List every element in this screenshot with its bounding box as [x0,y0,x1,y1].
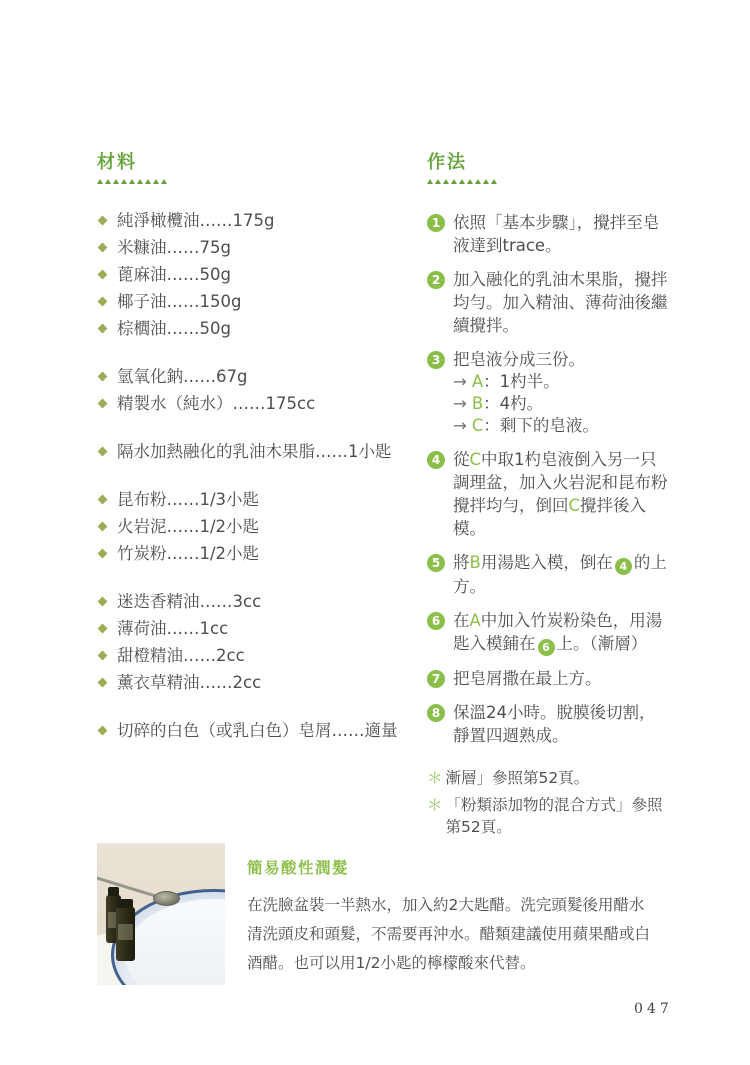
arrow-icon: → [453,416,467,435]
material-item-label: 迷迭香精油……3cc [117,592,261,612]
material-item-label: 甜橙精油……2cc [117,646,245,666]
tip-body: 在洗臉盆裝一半熱水，加入約2大匙醋。洗完頭髮後用醋水清洗頭皮和頭髮，不需要再沖水… [247,891,659,978]
arrow-icon: → [453,372,467,391]
diamond-bullet-icon [98,624,108,634]
footnote-powder-mixing: ＊ 「粉類添加物的混合方式」參照第52頁。 [427,794,669,838]
material-item: 純淨橄欖油……175g [97,211,419,231]
materials-group-powders: 昆布粉……1/3小匙 火岩泥……1/2小匙 竹炭粉……1/2小匙 [97,490,419,564]
diamond-bullet-icon [98,270,108,280]
diamond-bullet-icon [98,216,108,226]
portion-c-line: →C：剩下的皂液。 [453,415,669,437]
step-text: 保溫24小時。脫膜後切割，靜置四週熟成。 [453,701,669,747]
material-item-label: 氫氧化鈉……67g [117,367,247,387]
step-number-badge: 5 [427,554,445,572]
material-item: 昆布粉……1/3小匙 [97,490,419,510]
step-number-badge: 1 [427,214,445,232]
method-step-8: 8 保溫24小時。脫膜後切割，靜置四週熟成。 [427,701,669,747]
material-item-label: 昆布粉……1/3小匙 [117,490,259,510]
bottle-cap [108,887,119,896]
material-item-label: 米糠油……75g [117,238,231,258]
material-item: 米糠油……75g [97,238,419,258]
material-item-label: 薰衣草精油……2cc [117,673,261,693]
material-item-label: 椰子油……150g [117,292,241,312]
material-item-label: 棕櫚油……50g [117,319,231,339]
material-item-label: 火岩泥……1/2小匙 [117,517,259,537]
footnote-text: 「粉類添加物的混合方式」參照第52頁。 [446,794,669,838]
materials-group-soap-shreds: 切碎的白色（或乳白色）皂屑……適量 [97,721,419,741]
material-item-label: 純淨橄欖油……175g [117,211,274,231]
diamond-bullet-icon [98,495,108,505]
footnote-gradient: ＊ 漸層」參照第52頁。 [427,767,669,789]
material-item: 迷迭香精油……3cc [97,592,419,612]
material-item: 甜橙精油……2cc [97,646,419,666]
step-reference-badge: 6 [538,639,555,656]
diamond-bullet-icon [98,297,108,307]
materials-group-oils: 純淨橄欖油……175g 米糠油……75g 蓖麻油……50g 椰子油……150g … [97,211,419,339]
material-item: 隔水加熱融化的乳油木果脂……1小匙 [97,442,419,462]
materials-column: 材料 純淨橄欖油……175g 米糠油……75g 蓖麻油……50g 椰子油……15… [97,148,419,769]
tip-box: 簡易酸性潤髮 在洗臉盆裝一半熱水，加入約2大匙醋。洗完頭髮後用醋水清洗頭皮和頭髮… [97,843,662,985]
material-item: 竹炭粉……1/2小匙 [97,544,419,564]
portion-letter: C [472,416,484,435]
portion-letter: C [569,496,581,515]
material-item-label: 竹炭粉……1/2小匙 [117,544,259,564]
material-item-label: 隔水加熱融化的乳油木果脂……1小匙 [117,442,392,462]
arrow-icon: → [453,394,467,413]
method-step-7: 7 把皂屑撒在最上方。 [427,667,669,690]
material-item: 氫氧化鈉……67g [97,367,419,387]
step-sublines: →A：1杓半。 →B：4杓。 →C：剩下的皂液。 [453,371,669,437]
portion-letter: A [470,611,481,630]
diamond-bullet-icon [98,549,108,559]
material-item: 椰子油……150g [97,292,419,312]
diamond-bullet-icon [98,324,108,334]
method-step-6: 6 在A中加入竹炭粉染色，用湯匙入模鋪在6上。（漸層） [427,609,669,656]
method-steps-list: 1 依照「基本步驟」，攪拌至皂液達到trace。 2 加入融化的乳油木果脂，攪拌… [427,211,669,747]
step-text: 依照「基本步驟」，攪拌至皂液達到trace。 [453,211,669,257]
step-text: 從C中取1杓皂液倒入另一只調理盆，加入火岩泥和昆布粉攪拌均勻，倒回C攪拌後入模。 [453,448,669,540]
oil-bottle-front [116,907,135,961]
diamond-bullet-icon [98,243,108,253]
step-number-badge: 2 [427,271,445,289]
diamond-bullet-icon [98,399,108,409]
asterisk-icon: ＊ [427,767,443,789]
portion-letter: B [472,394,483,413]
material-item: 薄荷油……1cc [97,619,419,639]
diamond-bullet-icon [98,651,108,661]
portion-a-line: →A：1杓半。 [453,371,669,393]
step-number-badge: 8 [427,704,445,722]
page-number: 047 [634,1001,673,1017]
material-item: 蓖麻油……50g [97,265,419,285]
portion-letter: B [470,553,481,572]
materials-heading: 材料 [97,148,419,174]
portion-letter: A [472,372,483,391]
diamond-bullet-icon [98,447,108,457]
method-step-3: 3 把皂液分成三份。 →A：1杓半。 →B：4杓。 →C：剩下的皂液。 [427,348,669,437]
step-number-badge: 7 [427,670,445,688]
materials-group-butter: 隔水加熱融化的乳油木果脂……1小匙 [97,442,419,462]
method-column: 作法 1 依照「基本步驟」，攪拌至皂液達到trace。 2 加入融化的乳油木果脂… [427,148,669,843]
step-text: 把皂液分成三份。 →A：1杓半。 →B：4杓。 →C：剩下的皂液。 [453,348,669,437]
material-item: 精製水（純水）……175cc [97,394,419,414]
method-heading: 作法 [427,148,669,174]
tip-photo [97,843,225,985]
zigzag-underline-icon [97,179,419,184]
material-item: 棕櫚油……50g [97,319,419,339]
material-item: 火岩泥……1/2小匙 [97,517,419,537]
diamond-bullet-icon [98,522,108,532]
method-step-1: 1 依照「基本步驟」，攪拌至皂液達到trace。 [427,211,669,257]
tip-title: 簡易酸性潤髮 [247,856,659,878]
materials-group-essential-oils: 迷迭香精油……3cc 薄荷油……1cc 甜橙精油……2cc 薰衣草精油……2cc [97,592,419,693]
asterisk-icon: ＊ [427,794,443,816]
footnote-text: 漸層」參照第52頁。 [446,767,590,789]
portion-b-line: →B：4杓。 [453,393,669,415]
bottle-label [118,924,133,940]
material-item: 薰衣草精油……2cc [97,673,419,693]
diamond-bullet-icon [98,597,108,607]
bottle-cap [118,899,133,908]
materials-list: 純淨橄欖油……175g 米糠油……75g 蓖麻油……50g 椰子油……150g … [97,211,419,741]
material-item-label: 精製水（純水）……175cc [117,394,315,414]
step-text: 加入融化的乳油木果脂，攪拌均勻。加入精油、薄荷油後繼續攪拌。 [453,268,669,337]
diamond-bullet-icon [98,678,108,688]
step-number-badge: 6 [427,612,445,630]
material-item-label: 蓖麻油……50g [117,265,231,285]
method-step-5: 5 將B用湯匙入模，倒在4的上方。 [427,551,669,598]
step-number-badge: 3 [427,351,445,369]
material-item-label: 切碎的白色（或乳白色）皂屑……適量 [117,721,398,741]
method-step-2: 2 加入融化的乳油木果脂，攪拌均勻。加入精油、薄荷油後繼續攪拌。 [427,268,669,337]
footnotes: ＊ 漸層」參照第52頁。 ＊ 「粉類添加物的混合方式」參照第52頁。 [427,767,669,838]
diamond-bullet-icon [98,726,108,736]
portion-letter: C [470,450,482,469]
material-item-label: 薄荷油……1cc [117,619,228,639]
diamond-bullet-icon [98,372,108,382]
material-item: 切碎的白色（或乳白色）皂屑……適量 [97,721,419,741]
step-text: 在A中加入竹炭粉染色，用湯匙入模鋪在6上。（漸層） [453,609,669,656]
materials-group-lye: 氫氧化鈉……67g 精製水（純水）……175cc [97,367,419,414]
step-text: 將B用湯匙入模，倒在4的上方。 [453,551,669,598]
zigzag-underline-icon [427,179,669,184]
step-reference-badge: 4 [615,558,632,575]
step-text: 把皂屑撒在最上方。 [453,667,669,690]
method-step-4: 4 從C中取1杓皂液倒入另一只調理盆，加入火岩泥和昆布粉攪拌均勻，倒回C攪拌後入… [427,448,669,540]
step-number-badge: 4 [427,451,445,469]
tip-content: 簡易酸性潤髮 在洗臉盆裝一半熱水，加入約2大匙醋。洗完頭髮後用醋水清洗頭皮和頭髮… [247,843,659,985]
spoon-head [153,891,180,906]
